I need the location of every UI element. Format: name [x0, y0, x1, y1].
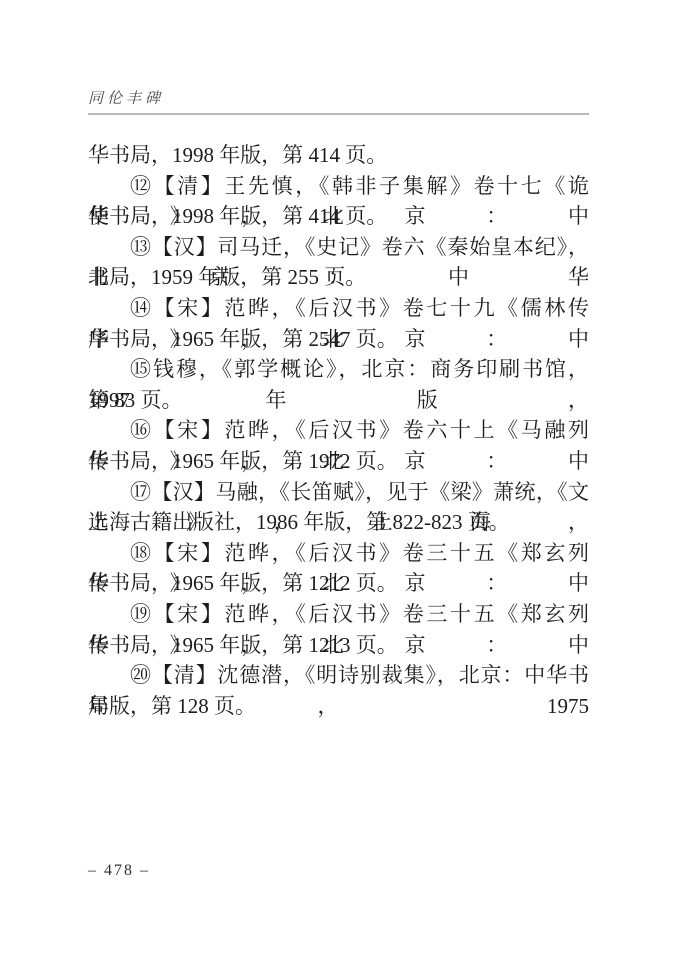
citations-list: 华书局，1998 年版，第 414 页。 ⑫【清】王先慎，《韩非子集解》卷十七《… — [88, 140, 589, 721]
text-line: ⑰【汉】马融，《长笛赋》，见于《梁》萧统，《文选》，上海， — [88, 477, 589, 508]
text-line: ⑭【宋】范晔，《后汉书》卷七十九《儒林传序》，北京：中 — [88, 293, 589, 324]
text-line: ⑫【清】王先慎，《韩非子集解》卷十七《诡使》，北京：中 — [88, 171, 589, 202]
book-page: 同伦丰碑 华书局，1998 年版，第 414 页。 ⑫【清】王先慎，《韩非子集解… — [0, 0, 692, 968]
running-header: 同伦丰碑 — [88, 92, 164, 107]
text-line: ⑳【清】沈德潜，《明诗别裁集》，北京：中华书局，1975 — [88, 660, 589, 691]
text-line: 华书局，1998 年版，第 414 页。 — [88, 140, 589, 171]
text-line: ⑲【宋】范晔，《后汉书》卷三十五《郑玄列传》，北京：中 — [88, 599, 589, 630]
header-rule — [88, 113, 589, 115]
text-line: ⑱【宋】范晔，《后汉书》卷三十五《郑玄列传》，北京：中 — [88, 538, 589, 569]
text-line: ⑬【汉】司马迁，《史记》卷六《秦始皇本纪》，北京：中华 — [88, 232, 589, 263]
text-line: ⑯【宋】范晔，《后汉书》卷六十上《马融列传》，北京：中 — [88, 415, 589, 446]
text-line: ⑮钱穆，《郭学概论》，北京：商务印刷书馆，1997 年版， — [88, 354, 589, 385]
page-number: – 478 – — [88, 861, 150, 880]
